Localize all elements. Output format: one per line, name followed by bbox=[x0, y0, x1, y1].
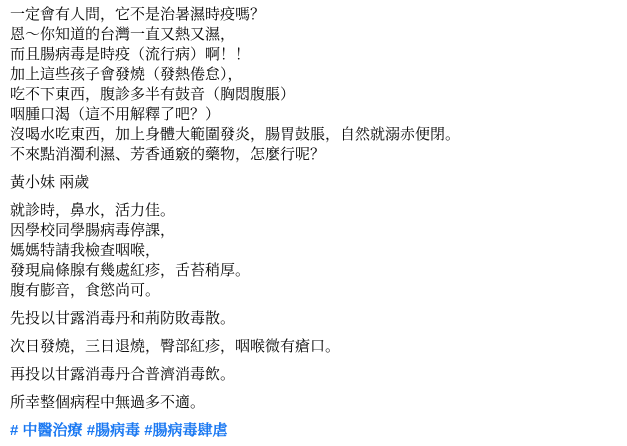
hashtag-link[interactable]: #腸病毒肆虐 bbox=[144, 422, 227, 439]
post-line: 而且腸病毒是時疫（流行病）啊！！ bbox=[10, 45, 617, 65]
post-line: 先投以甘露消毒丹和荊防敗毒散。 bbox=[10, 309, 617, 329]
post-line: 發現扁條腺有幾處紅疹，舌苔稍厚。 bbox=[10, 261, 617, 281]
post-paragraph-course: 次日發燒，三日退燒，臀部紅疹，咽喉微有瘡口。 bbox=[10, 337, 617, 357]
post-line: 黃小妹 兩歲 bbox=[10, 173, 617, 193]
hashtag-row: # 中醫治療 #腸病毒 #腸病毒肆虐 bbox=[10, 421, 617, 441]
post-paragraph-exam: 就診時，鼻水，活力佳。 因學校同學腸病毒停課， 媽媽特請我檢查咽喉， 發現扁條腺… bbox=[10, 201, 617, 301]
hashtag-link[interactable]: # 中醫治療 bbox=[10, 422, 83, 439]
post-line: 一定會有人問，它不是治暑濕時疫嗎？ bbox=[10, 5, 617, 25]
post-line: 就診時，鼻水，活力佳。 bbox=[10, 201, 617, 221]
post-line: 腹有膨音，食慾尚可。 bbox=[10, 281, 617, 301]
post-line: 媽媽特請我檢查咽喉， bbox=[10, 241, 617, 261]
post-line: 再投以甘露消毒丹合普濟消毒飲。 bbox=[10, 365, 617, 385]
post-line: 所幸整個病程中無過多不適。 bbox=[10, 393, 617, 413]
post-paragraph-treatment-2: 再投以甘露消毒丹合普濟消毒飲。 bbox=[10, 365, 617, 385]
post-line: 次日發燒，三日退燒，臀部紅疹，咽喉微有瘡口。 bbox=[10, 337, 617, 357]
post-paragraph-treatment-1: 先投以甘露消毒丹和荊防敗毒散。 bbox=[10, 309, 617, 329]
post-line: 加上這些孩子會發燒（發熱倦怠）， bbox=[10, 65, 617, 85]
post-paragraph-outcome: 所幸整個病程中無過多不適。 bbox=[10, 393, 617, 413]
post-line: 因學校同學腸病毒停課， bbox=[10, 221, 617, 241]
post-line: 吃不下東西，腹診多半有鼓音（胸悶腹脹） bbox=[10, 85, 617, 105]
post-paragraph-intro: 一定會有人問，它不是治暑濕時疫嗎？ 恩～你知道的台灣一直又熱又濕， 而且腸病毒是… bbox=[10, 5, 617, 165]
post-body: 一定會有人問，它不是治暑濕時疫嗎？ 恩～你知道的台灣一直又熱又濕， 而且腸病毒是… bbox=[0, 0, 627, 441]
post-line: 不來點消濁利濕、芳香通竅的藥物，怎麼行呢？ bbox=[10, 145, 617, 165]
post-line: 咽腫口渴（這不用解釋了吧？） bbox=[10, 105, 617, 125]
post-line: 恩～你知道的台灣一直又熱又濕， bbox=[10, 25, 617, 45]
post-line: 沒喝水吃東西，加上身體大範圍發炎，腸胃鼓脹，自然就溺赤便閉。 bbox=[10, 125, 617, 145]
hashtag-link[interactable]: #腸病毒 bbox=[87, 422, 140, 439]
post-paragraph-patient: 黃小妹 兩歲 bbox=[10, 173, 617, 193]
